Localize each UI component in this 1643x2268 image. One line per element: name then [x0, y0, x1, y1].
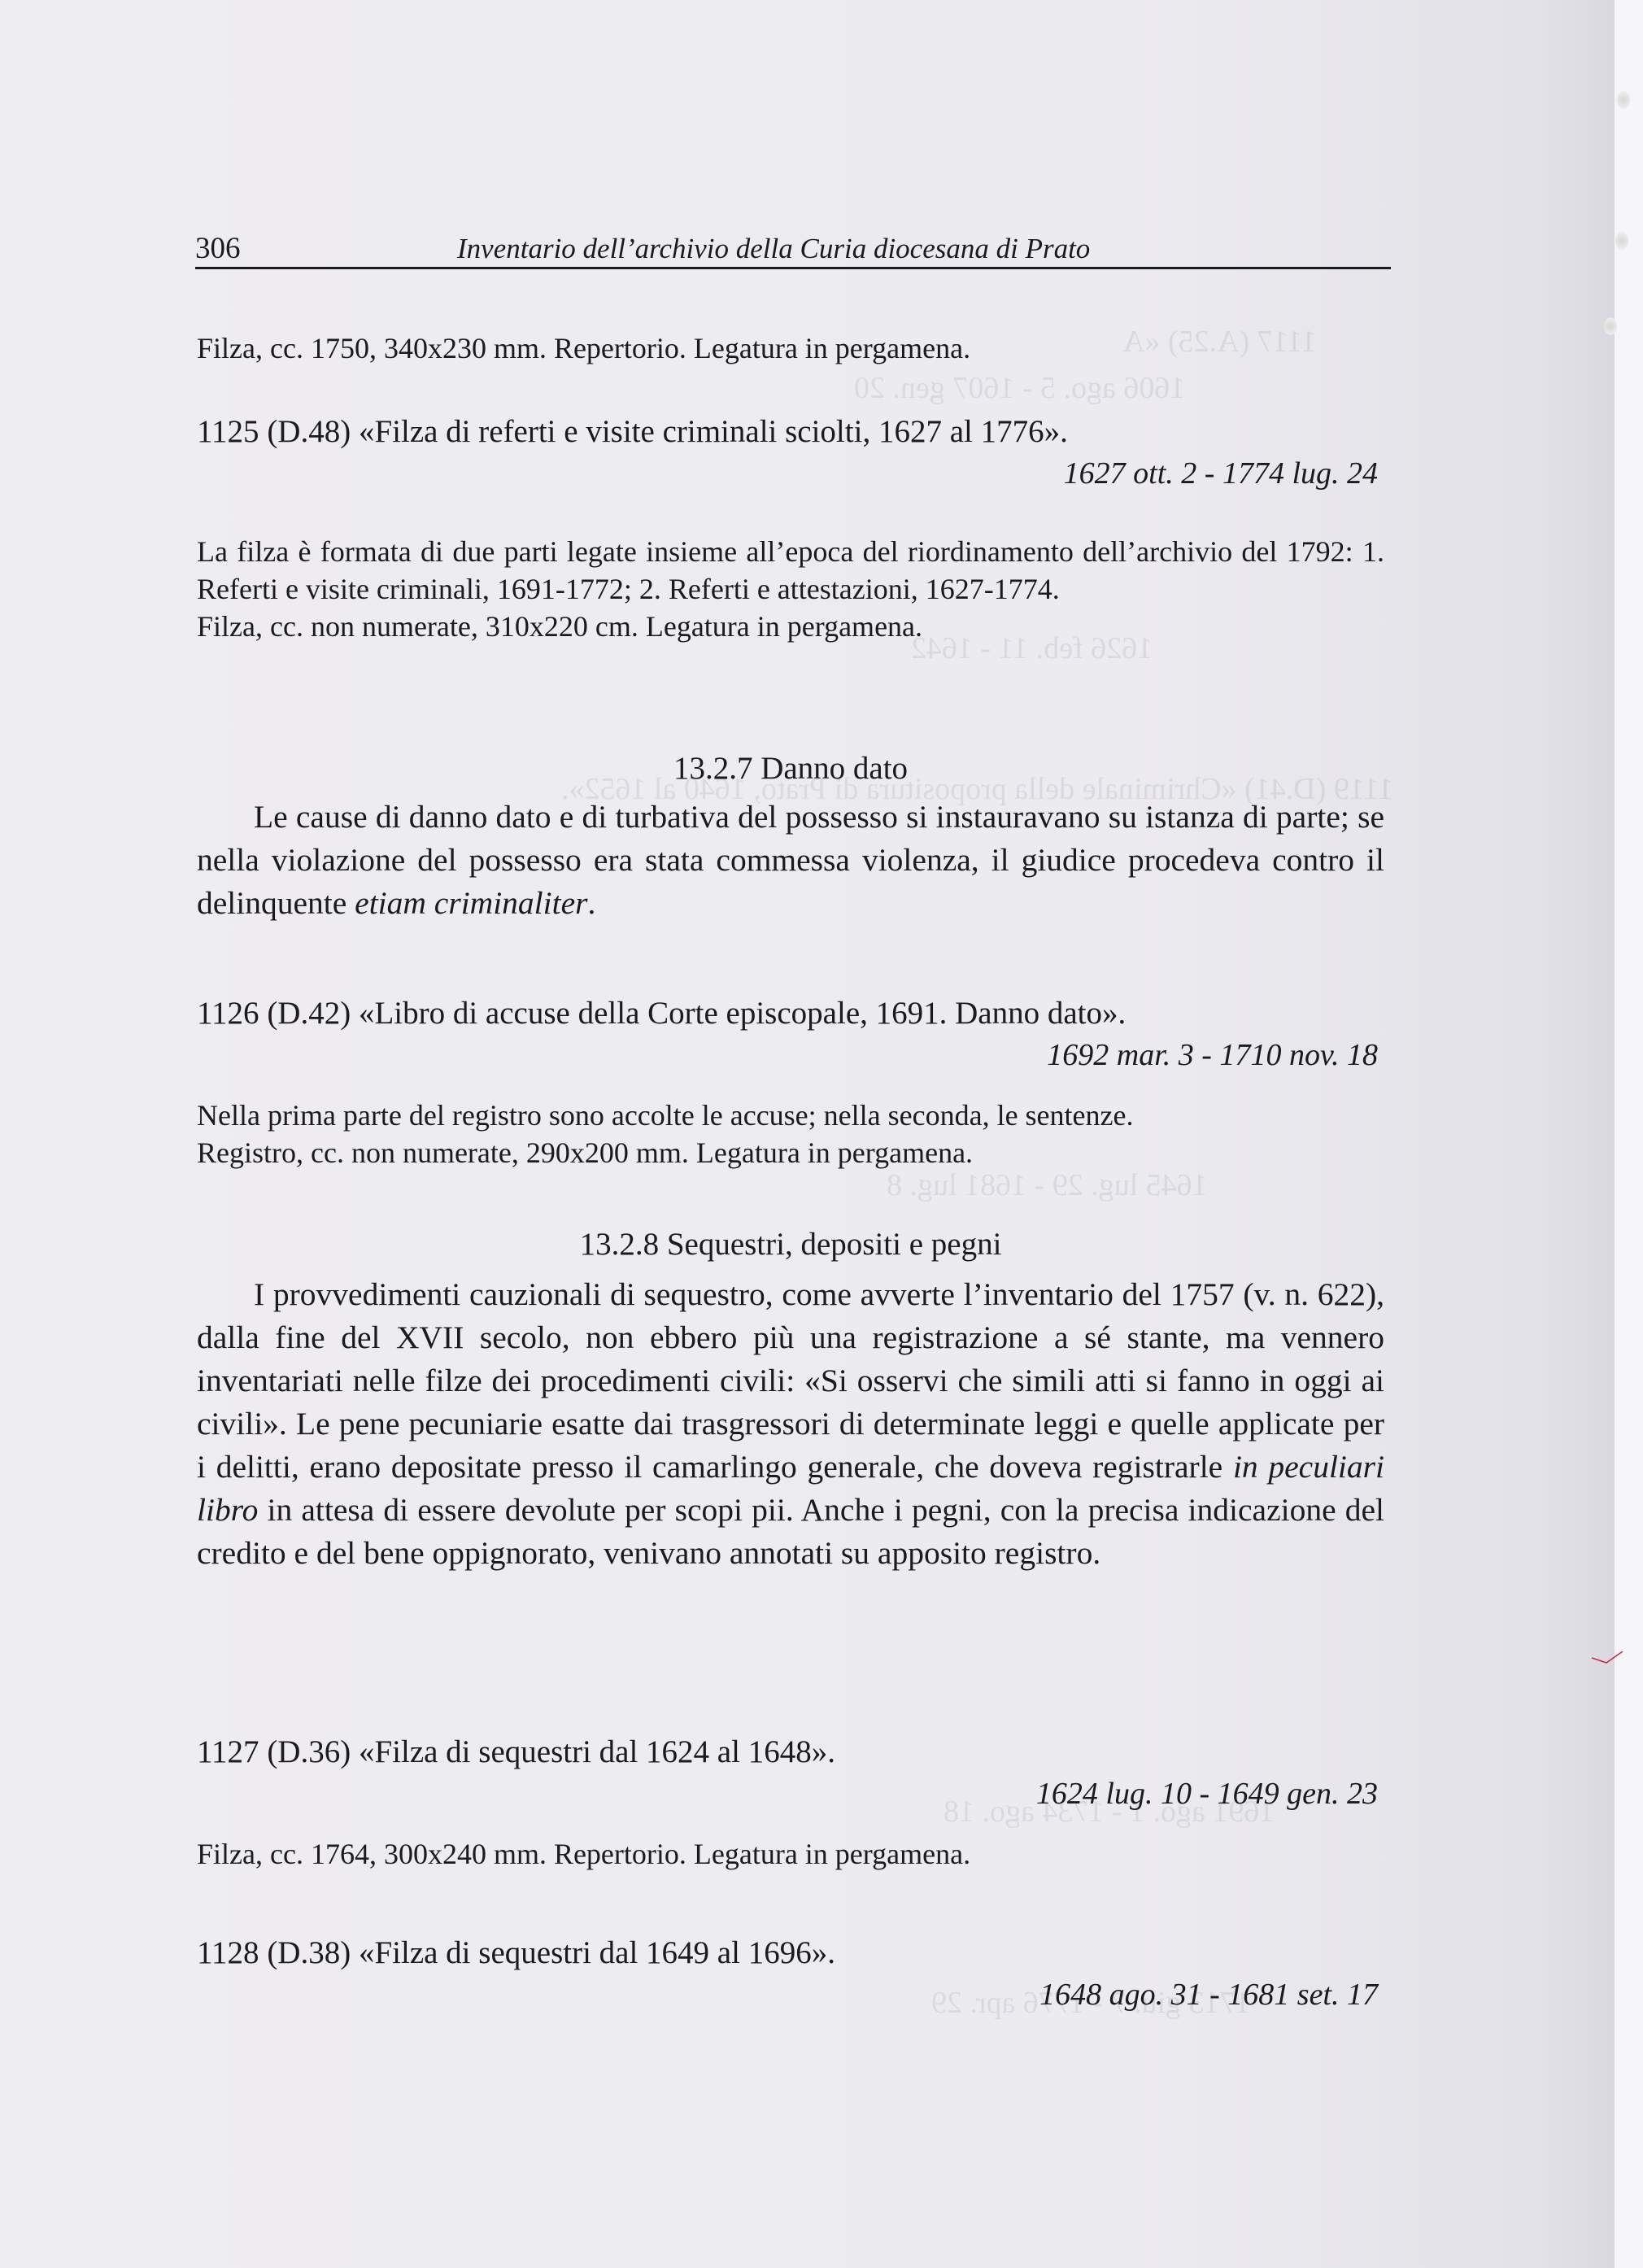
entry-dates: 1692 mar. 3 - 1710 nov. 18	[197, 1035, 1384, 1075]
entry-title: «Libro di accuse della Corte episcopale,…	[359, 996, 1126, 1031]
entry-signature: (D.38)	[267, 1935, 351, 1970]
section-heading-13-2-7: 13.2.7 Danno dato	[197, 748, 1384, 789]
entry-description: Filza, cc. non numerate, 310x220 cm. Leg…	[197, 608, 1384, 645]
entry-heading: 1128 (D.38) «Filza di sequestri dal 1649…	[197, 1932, 1384, 1974]
page-blemish	[1615, 232, 1628, 250]
bleed-through-text: 1606 ago. 5 - 1607 gen. 20	[854, 370, 1185, 406]
entry-dates: 1627 ott. 2 - 1774 lug. 24	[197, 453, 1384, 494]
paragraph-latin-phrase: etiam criminaliter	[355, 885, 587, 921]
page-blemish	[1604, 317, 1617, 335]
entry-heading: 1125 (D.48) «Filza di referti e visite c…	[197, 411, 1384, 453]
entry-number: 1126	[197, 996, 259, 1031]
entry-1125-notes: La filza è formata di due parti legate i…	[197, 533, 1384, 645]
entry-title: «Filza di referti e visite criminali sci…	[359, 414, 1068, 449]
paragraph-text: I provvedimenti cauzionali di sequestro,…	[197, 1276, 1384, 1485]
entry-1128: 1128 (D.38) «Filza di sequestri dal 1649…	[197, 1932, 1384, 2015]
entry-1124-tail: Filza, cc. 1750, 340x230 mm. Repertorio.…	[197, 329, 1384, 367]
entry-1125: 1125 (D.48) «Filza di referti e visite c…	[197, 411, 1384, 494]
page-edge	[1615, 0, 1643, 2268]
entry-dates: 1624 lug. 10 - 1649 gen. 23	[197, 1773, 1384, 1814]
entry-dates: 1648 ago. 31 - 1681 set. 17	[197, 1974, 1384, 2015]
entry-number: 1127	[197, 1734, 259, 1769]
page-number: 306	[195, 230, 241, 268]
section-13-2-8-paragraph: I provvedimenti cauzionali di sequestro,…	[197, 1273, 1384, 1575]
entry-number: 1125	[197, 414, 259, 449]
entry-description: Filza, cc. 1750, 340x230 mm. Repertorio.…	[197, 329, 1384, 367]
entry-signature: (D.48)	[267, 414, 351, 449]
entry-description: Filza, cc. 1764, 300x240 mm. Repertorio.…	[197, 1835, 1384, 1873]
entry-note: Nella prima parte del registro sono acco…	[197, 1097, 1384, 1134]
running-title: Inventario dell’archivio della Curia dio…	[457, 230, 1090, 268]
entry-1127: 1127 (D.36) «Filza di sequestri dal 1624…	[197, 1731, 1384, 1814]
entry-1127-notes: Filza, cc. 1764, 300x240 mm. Repertorio.…	[197, 1835, 1384, 1873]
entry-1126: 1126 (D.42) «Libro di accuse della Corte…	[197, 992, 1384, 1075]
entry-signature: (D.42)	[267, 996, 351, 1031]
entry-title: «Filza di sequestri dal 1649 al 1696».	[359, 1935, 835, 1970]
section-13-2-7-paragraph: Le cause di danno dato e di turbativa de…	[197, 796, 1384, 925]
entry-heading: 1127 (D.36) «Filza di sequestri dal 1624…	[197, 1731, 1384, 1773]
paragraph-text: .	[588, 885, 596, 921]
bleed-through-text: 1645 lug. 29 - 1681 lug. 8	[887, 1167, 1208, 1203]
red-pencil-tick	[1592, 1651, 1624, 1676]
entry-number: 1128	[197, 1935, 259, 1970]
header-rule	[195, 267, 1391, 269]
entry-description: Registro, cc. non numerate, 290x200 mm. …	[197, 1134, 1384, 1171]
entry-note: La filza è formata di due parti legate i…	[197, 533, 1384, 608]
entry-1126-notes: Nella prima parte del registro sono acco…	[197, 1097, 1384, 1171]
entry-signature: (D.36)	[267, 1734, 351, 1769]
entry-heading: 1126 (D.42) «Libro di accuse della Corte…	[197, 992, 1384, 1035]
entry-title: «Filza di sequestri dal 1624 al 1648».	[359, 1734, 835, 1769]
section-heading-13-2-8: 13.2.8 Sequestri, depositi e pegni	[197, 1224, 1384, 1265]
page-blemish	[1617, 91, 1630, 109]
paragraph-text: in attesa di essere devolute per scopi p…	[197, 1492, 1384, 1571]
